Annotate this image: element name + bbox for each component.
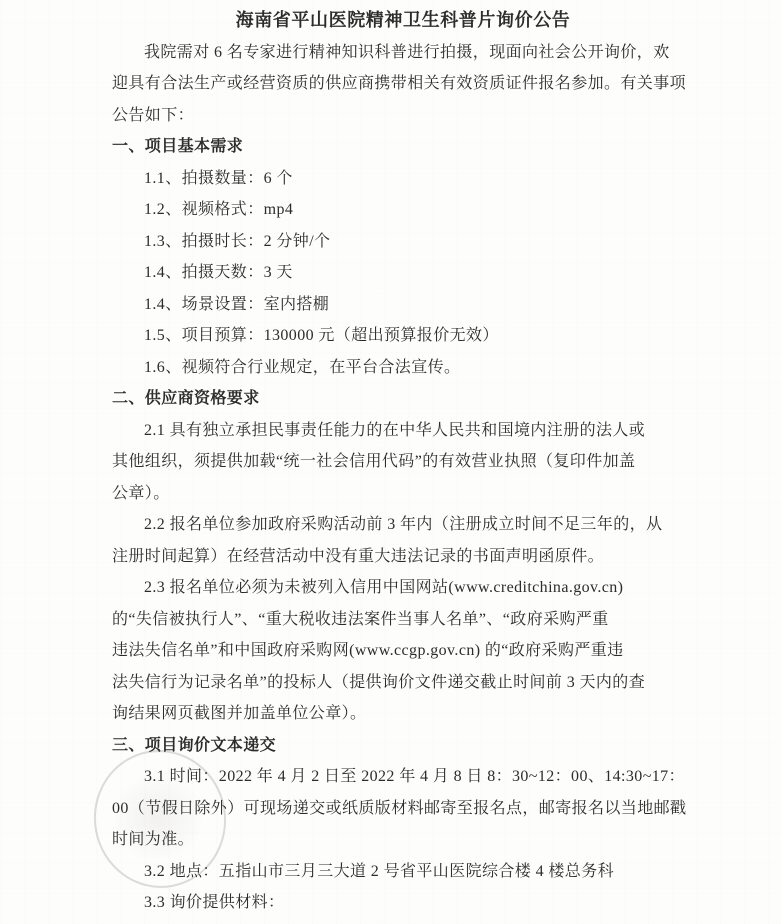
text-line: 公告如下：: [112, 100, 694, 132]
text-line: 2.1 具有独立承担民事责任能力的在中华人民共和国境内注册的法人或: [112, 415, 694, 447]
text-line: 法失信行为记录名单”的投标人（提供询价文件递交截止时间前 3 天内的查: [112, 667, 694, 699]
text-line: 1.6、视频符合行业规定，在平台合法宣传。: [112, 352, 694, 384]
text-line: 违法失信名单”和中国政府采购网(www.ccgp.gov.cn) 的“政府采购严…: [112, 635, 694, 667]
text-line: 1.4、场景设置：室内搭棚: [112, 289, 694, 321]
text-line: 00（节假日除外）可现场递交或纸质版材料邮寄至报名点，邮寄报名以当地邮戳: [112, 793, 694, 825]
text-line: 1.1、拍摄数量：6 个: [112, 163, 694, 195]
scanned-document-page: 海南省平山医院精神卫生科普片询价公告我院需对 6 名专家进行精神知识科普进行拍摄…: [0, 0, 781, 924]
text-line: 的“失信被执行人”、“重大税收违法案件当事人名单”、“政府采购严重: [112, 604, 694, 636]
section-heading: 二、供应商资格要求: [112, 383, 694, 415]
section-heading: 三、项目询价文本递交: [112, 730, 694, 762]
section-heading: 一、项目基本需求: [112, 131, 694, 163]
text-line: 2.2 报名单位参加政府采购活动前 3 年内（注册成立时间不足三年的，从: [112, 509, 694, 541]
text-line: 3.3 询价提供材料：: [112, 887, 694, 919]
text-line: 其他组织，须提供加载“统一社会信用代码”的有效营业执照（复印件加盖: [112, 446, 694, 478]
text-line: 1.3、拍摄时长：2 分钟/个: [112, 226, 694, 258]
text-line: 注册时间起算）在经营活动中没有重大违法记录的书面声明函原件。: [112, 541, 694, 573]
text-line: 1.2、视频格式：mp4: [112, 194, 694, 226]
text-line: 询结果网页截图并加盖单位公章）。: [112, 698, 694, 730]
text-line: 2.3 报名单位必须为未被列入信用中国网站(www.creditchina.go…: [112, 572, 694, 604]
text-line: 时间为准。: [112, 824, 694, 856]
text-line: 1.5、项目预算：130000 元（超出预算报价无效）: [112, 320, 694, 352]
text-line: 3.1 时间：2022 年 4 月 2 日至 2022 年 4 月 8 日 8：…: [112, 761, 694, 793]
text-line: 3.2 地点：五指山市三月三大道 2 号省平山医院综合楼 4 楼总务科: [112, 856, 694, 888]
document-body: 海南省平山医院精神卫生科普片询价公告我院需对 6 名专家进行精神知识科普进行拍摄…: [112, 5, 694, 919]
text-line: 我院需对 6 名专家进行精神知识科普进行拍摄，现面向社会公开询价，欢: [112, 37, 694, 69]
text-line: 1.4、拍摄天数：3 天: [112, 257, 694, 289]
text-line: 迎具有合法生产或经营资质的供应商携带相关有效资质证件报名参加。有关事项: [112, 68, 694, 100]
text-line: 公章）。: [112, 478, 694, 510]
document-title: 海南省平山医院精神卫生科普片询价公告: [112, 5, 694, 37]
